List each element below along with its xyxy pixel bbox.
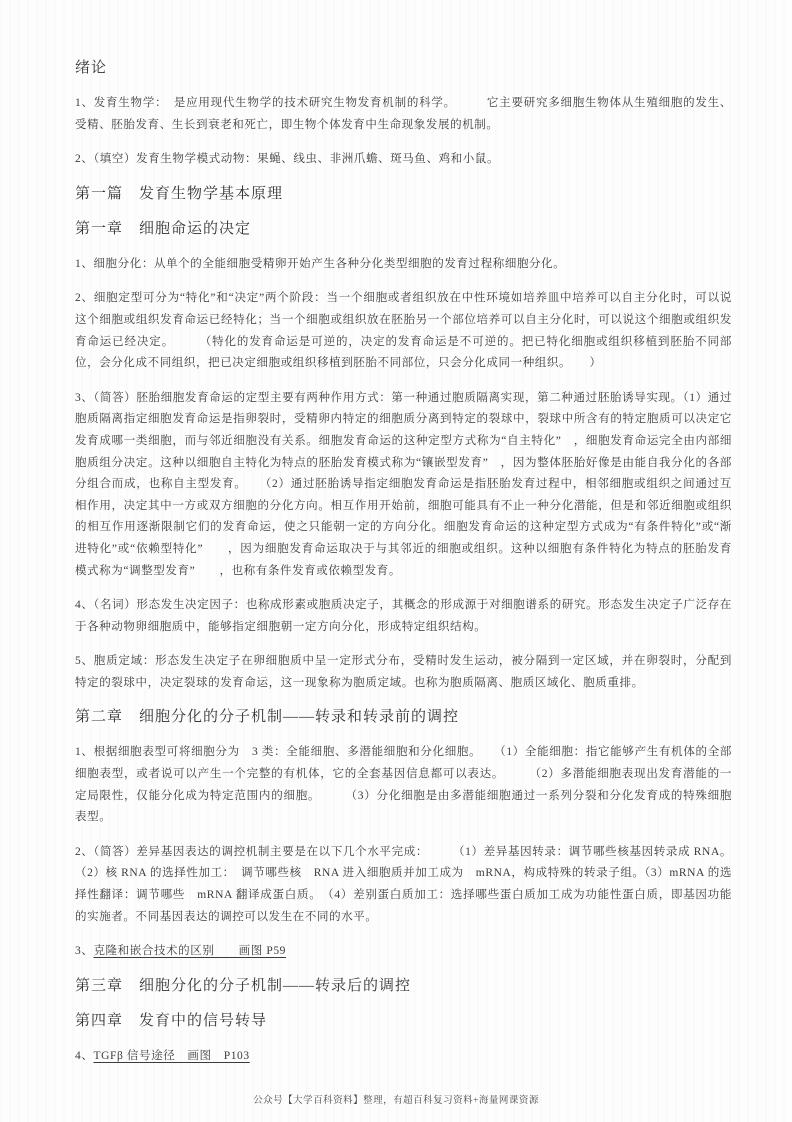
ch1-item-1: 1、细胞分化：从单个的全能细胞受精卵开始产生各种分化类型细胞的发育过程称细胞分化… bbox=[75, 254, 732, 276]
ch4-item-4-underlined-note: TGFβ 信号途径 画图 P103 bbox=[93, 1050, 249, 1062]
chapter4-heading: 第四章 发育中的信号转导 bbox=[75, 1011, 732, 1031]
ch2-item-3-underlined-note: 克隆和嵌合技术的区别 画图 P59 bbox=[93, 945, 286, 957]
ch2-item-3: 3、克隆和嵌合技术的区别 画图 P59 bbox=[75, 941, 732, 963]
ch1-item-2: 2、细胞定型可分为“特化”和“决定”两个阶段：当一个细胞或者组织放在中性环境如培… bbox=[75, 288, 732, 374]
ch2-item-1: 1、根据细胞表型可将细胞分为 3 类：全能细胞、多潜能细胞和分化细胞。 （1）全… bbox=[75, 742, 732, 828]
ch2-item-2: 2、（简答）差异基因表达的调控机制主要是在以下几个水平完成： （1）差异基因转录… bbox=[75, 842, 732, 928]
document-content: 绪论 1、发育生物学： 是应用现代生物学的技术研究生物发育机制的科学。 它主要研… bbox=[75, 54, 732, 1080]
chapter1-heading: 第一章 细胞命运的决定 bbox=[75, 219, 732, 239]
document-page: 绪论 1、发育生物学： 是应用现代生物学的技术研究生物发育机制的科学。 它主要研… bbox=[0, 0, 792, 1122]
page-footer: 公众号【大学百科资料】整理，有超百科复习资料+海量网课资源 bbox=[0, 1092, 792, 1106]
intro-heading: 绪论 bbox=[75, 58, 732, 78]
intro-item-2: 2、（填空）发育生物学模式动物：果蝇、线虫、非洲爪蟾、斑马鱼、鸡和小鼠。 bbox=[75, 149, 732, 171]
ch1-item-4: 4、（名词）形态发生决定因子：也称成形素或胞质决定子，其概念的形成源于对细胞谱系… bbox=[75, 595, 732, 638]
ch4-item-4-number: 4、 bbox=[75, 1050, 93, 1062]
intro-item-1: 1、发育生物学： 是应用现代生物学的技术研究生物发育机制的科学。 它主要研究多细… bbox=[75, 93, 732, 136]
chapter3-heading: 第三章 细胞分化的分子机制——转录后的调控 bbox=[75, 976, 732, 996]
part1-heading: 第一篇 发育生物学基本原理 bbox=[75, 184, 732, 204]
ch1-item-5: 5、胞质定域：形态发生决定子在卵细胞质中呈一定形式分布，受精时发生运动，被分隔到… bbox=[75, 651, 732, 694]
ch2-item-3-number: 3、 bbox=[75, 945, 93, 957]
ch4-item-4: 4、TGFβ 信号途径 画图 P103 bbox=[75, 1046, 732, 1068]
chapter2-heading: 第二章 细胞分化的分子机制——转录和转录前的调控 bbox=[75, 707, 732, 727]
ch1-item-3: 3、（简答）胚胎细胞发育命运的定型主要有两种作用方式：第一种通过胞质隔离实现，第… bbox=[75, 388, 732, 582]
